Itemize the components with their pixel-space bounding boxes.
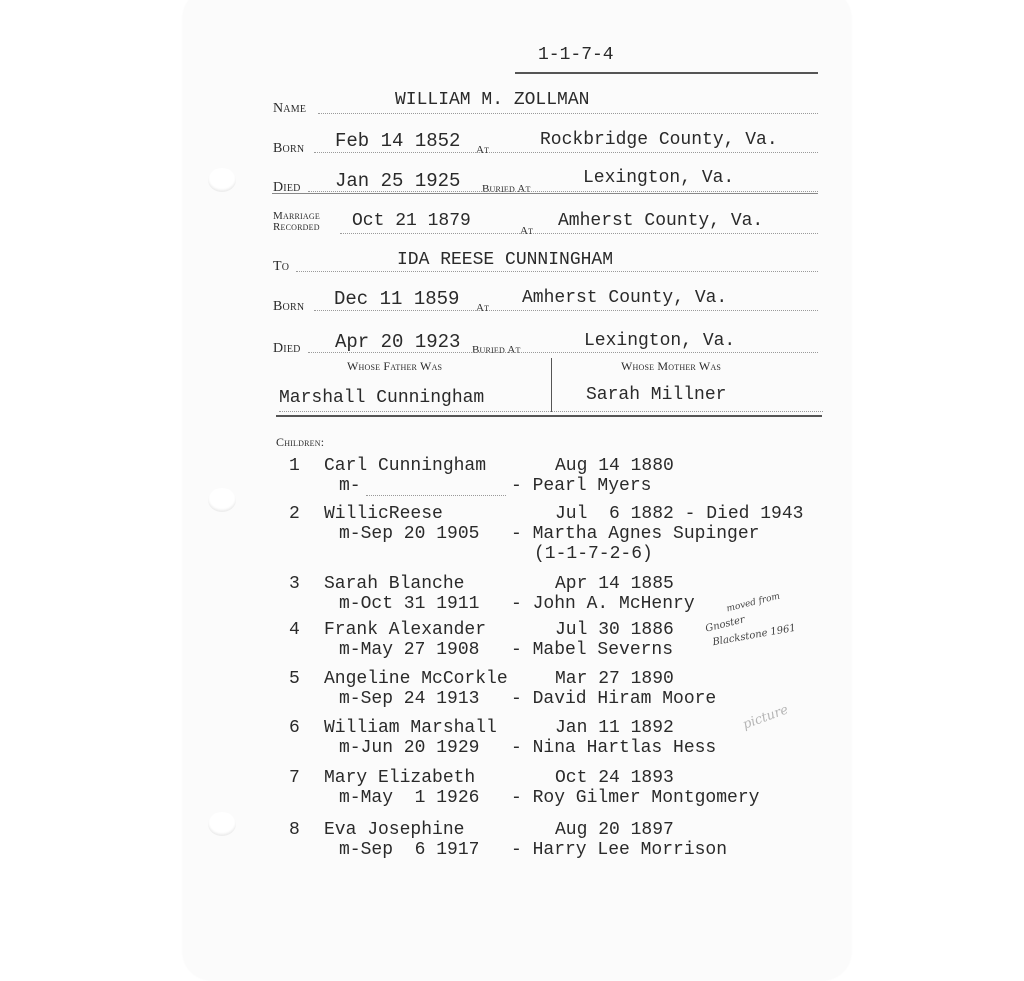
reference-number: 1-1-7-4 bbox=[538, 45, 614, 65]
name-line bbox=[318, 113, 818, 114]
child-spouse: - Mabel Severns bbox=[511, 640, 673, 660]
child-number: 3 bbox=[289, 574, 300, 594]
punch-hole bbox=[208, 488, 236, 512]
child-birth: Jan 11 1892 bbox=[555, 718, 674, 738]
child-marriage: m-May 1 1926 bbox=[339, 788, 479, 808]
child-number: 8 bbox=[289, 820, 300, 840]
child-name: WillicReese bbox=[324, 504, 443, 524]
at-label: At bbox=[476, 144, 489, 156]
name-label: Name bbox=[273, 101, 306, 117]
child-name: Mary Elizabeth bbox=[324, 768, 475, 788]
died-date: Jan 25 1925 bbox=[335, 170, 460, 192]
child-name: Sarah Blanche bbox=[324, 574, 464, 594]
spouse-at-label: At bbox=[476, 302, 489, 314]
to-line bbox=[296, 271, 818, 272]
child-spouse: - Harry Lee Morrison bbox=[511, 840, 727, 860]
child-marriage: m-Sep 6 1917 bbox=[339, 840, 479, 860]
child-spouse-reference: (1-1-7-2-6) bbox=[534, 544, 653, 564]
child-number: 2 bbox=[289, 504, 300, 524]
child-birth: Apr 14 1885 bbox=[555, 574, 674, 594]
marriage-date: Oct 21 1879 bbox=[352, 211, 471, 231]
child-spouse: - John A. McHenry bbox=[511, 594, 695, 614]
child-number: 6 bbox=[289, 718, 300, 738]
child-name: William Marshall bbox=[324, 718, 497, 738]
born-place: Rockbridge County, Va. bbox=[540, 130, 778, 150]
child-marriage: m- bbox=[339, 476, 361, 496]
children-label: Children: bbox=[276, 435, 324, 450]
buried-place: Lexington, Va. bbox=[583, 168, 734, 188]
child-birth: Aug 20 1897 bbox=[555, 820, 674, 840]
child-name: Angeline McCorkle bbox=[324, 669, 508, 689]
child-spouse: - David Hiram Moore bbox=[511, 689, 716, 709]
child-marriage: m-May 27 1908 bbox=[339, 640, 479, 660]
section-rule bbox=[272, 193, 818, 194]
marriage-label: Marriage Recorded bbox=[273, 211, 320, 233]
mother-name: Sarah Millner bbox=[586, 385, 726, 405]
child-spouse: - Martha Agnes Supinger bbox=[511, 524, 759, 544]
child-birth: Oct 24 1893 bbox=[555, 768, 674, 788]
died-line bbox=[308, 191, 818, 192]
punch-hole bbox=[208, 168, 236, 192]
marriage-label-line2: Recorded bbox=[273, 222, 320, 233]
parents-divider bbox=[551, 358, 552, 412]
spouse-born-place: Amherst County, Va. bbox=[522, 288, 727, 308]
child-spouse: - Pearl Myers bbox=[511, 476, 651, 496]
marriage-place: Amherst County, Va. bbox=[558, 211, 763, 231]
child-number: 1 bbox=[289, 456, 300, 476]
marriage-at-label: At bbox=[520, 225, 533, 237]
child-marriage: m-Sep 20 1905 bbox=[339, 524, 479, 544]
spouse-born-label: Born bbox=[273, 299, 304, 315]
spouse-buried-at-label: Buried At bbox=[472, 344, 521, 356]
child-birth: Jul 30 1886 bbox=[555, 620, 674, 640]
spouse-buried-place: Lexington, Va. bbox=[584, 331, 735, 351]
father-name: Marshall Cunningham bbox=[279, 388, 484, 408]
mother-label: Whose Mother Was bbox=[621, 359, 721, 374]
child-name: Frank Alexander bbox=[324, 620, 486, 640]
spouse-born-date: Dec 11 1859 bbox=[334, 288, 459, 310]
child-number: 5 bbox=[289, 669, 300, 689]
child-marriage: m-Jun 20 1929 bbox=[339, 738, 479, 758]
child-marriage: m-Sep 24 1913 bbox=[339, 689, 479, 709]
born-date: Feb 14 1852 bbox=[335, 130, 460, 152]
child-birth: Mar 27 1890 bbox=[555, 669, 674, 689]
spouse-died-line bbox=[308, 352, 818, 353]
reference-rule bbox=[515, 72, 818, 74]
marriage-date-blank bbox=[366, 495, 506, 496]
spouse-name: IDA REESE CUNNINGHAM bbox=[397, 250, 613, 270]
spouse-born-line bbox=[314, 310, 818, 311]
punch-hole bbox=[208, 812, 236, 836]
child-birth: Jul 6 1882 - Died 1943 bbox=[555, 504, 803, 524]
child-number: 7 bbox=[289, 768, 300, 788]
to-label: To bbox=[273, 259, 289, 275]
child-number: 4 bbox=[289, 620, 300, 640]
parents-rule bbox=[276, 415, 822, 417]
child-name: Eva Josephine bbox=[324, 820, 464, 840]
person-name: WILLIAM M. ZOLLMAN bbox=[395, 90, 589, 110]
child-spouse: - Nina Hartlas Hess bbox=[511, 738, 716, 758]
born-line bbox=[314, 152, 818, 153]
child-birth: Aug 14 1880 bbox=[555, 456, 674, 476]
father-label: Whose Father Was bbox=[347, 359, 442, 374]
child-name: Carl Cunningham bbox=[324, 456, 486, 476]
spouse-died-label: Died bbox=[273, 341, 301, 357]
spouse-died-date: Apr 20 1923 bbox=[335, 331, 460, 353]
child-spouse: - Roy Gilmer Montgomery bbox=[511, 788, 759, 808]
born-label: Born bbox=[273, 141, 304, 157]
child-marriage: m-Oct 31 1911 bbox=[339, 594, 479, 614]
marriage-line bbox=[340, 233, 818, 234]
parents-line bbox=[279, 411, 823, 412]
